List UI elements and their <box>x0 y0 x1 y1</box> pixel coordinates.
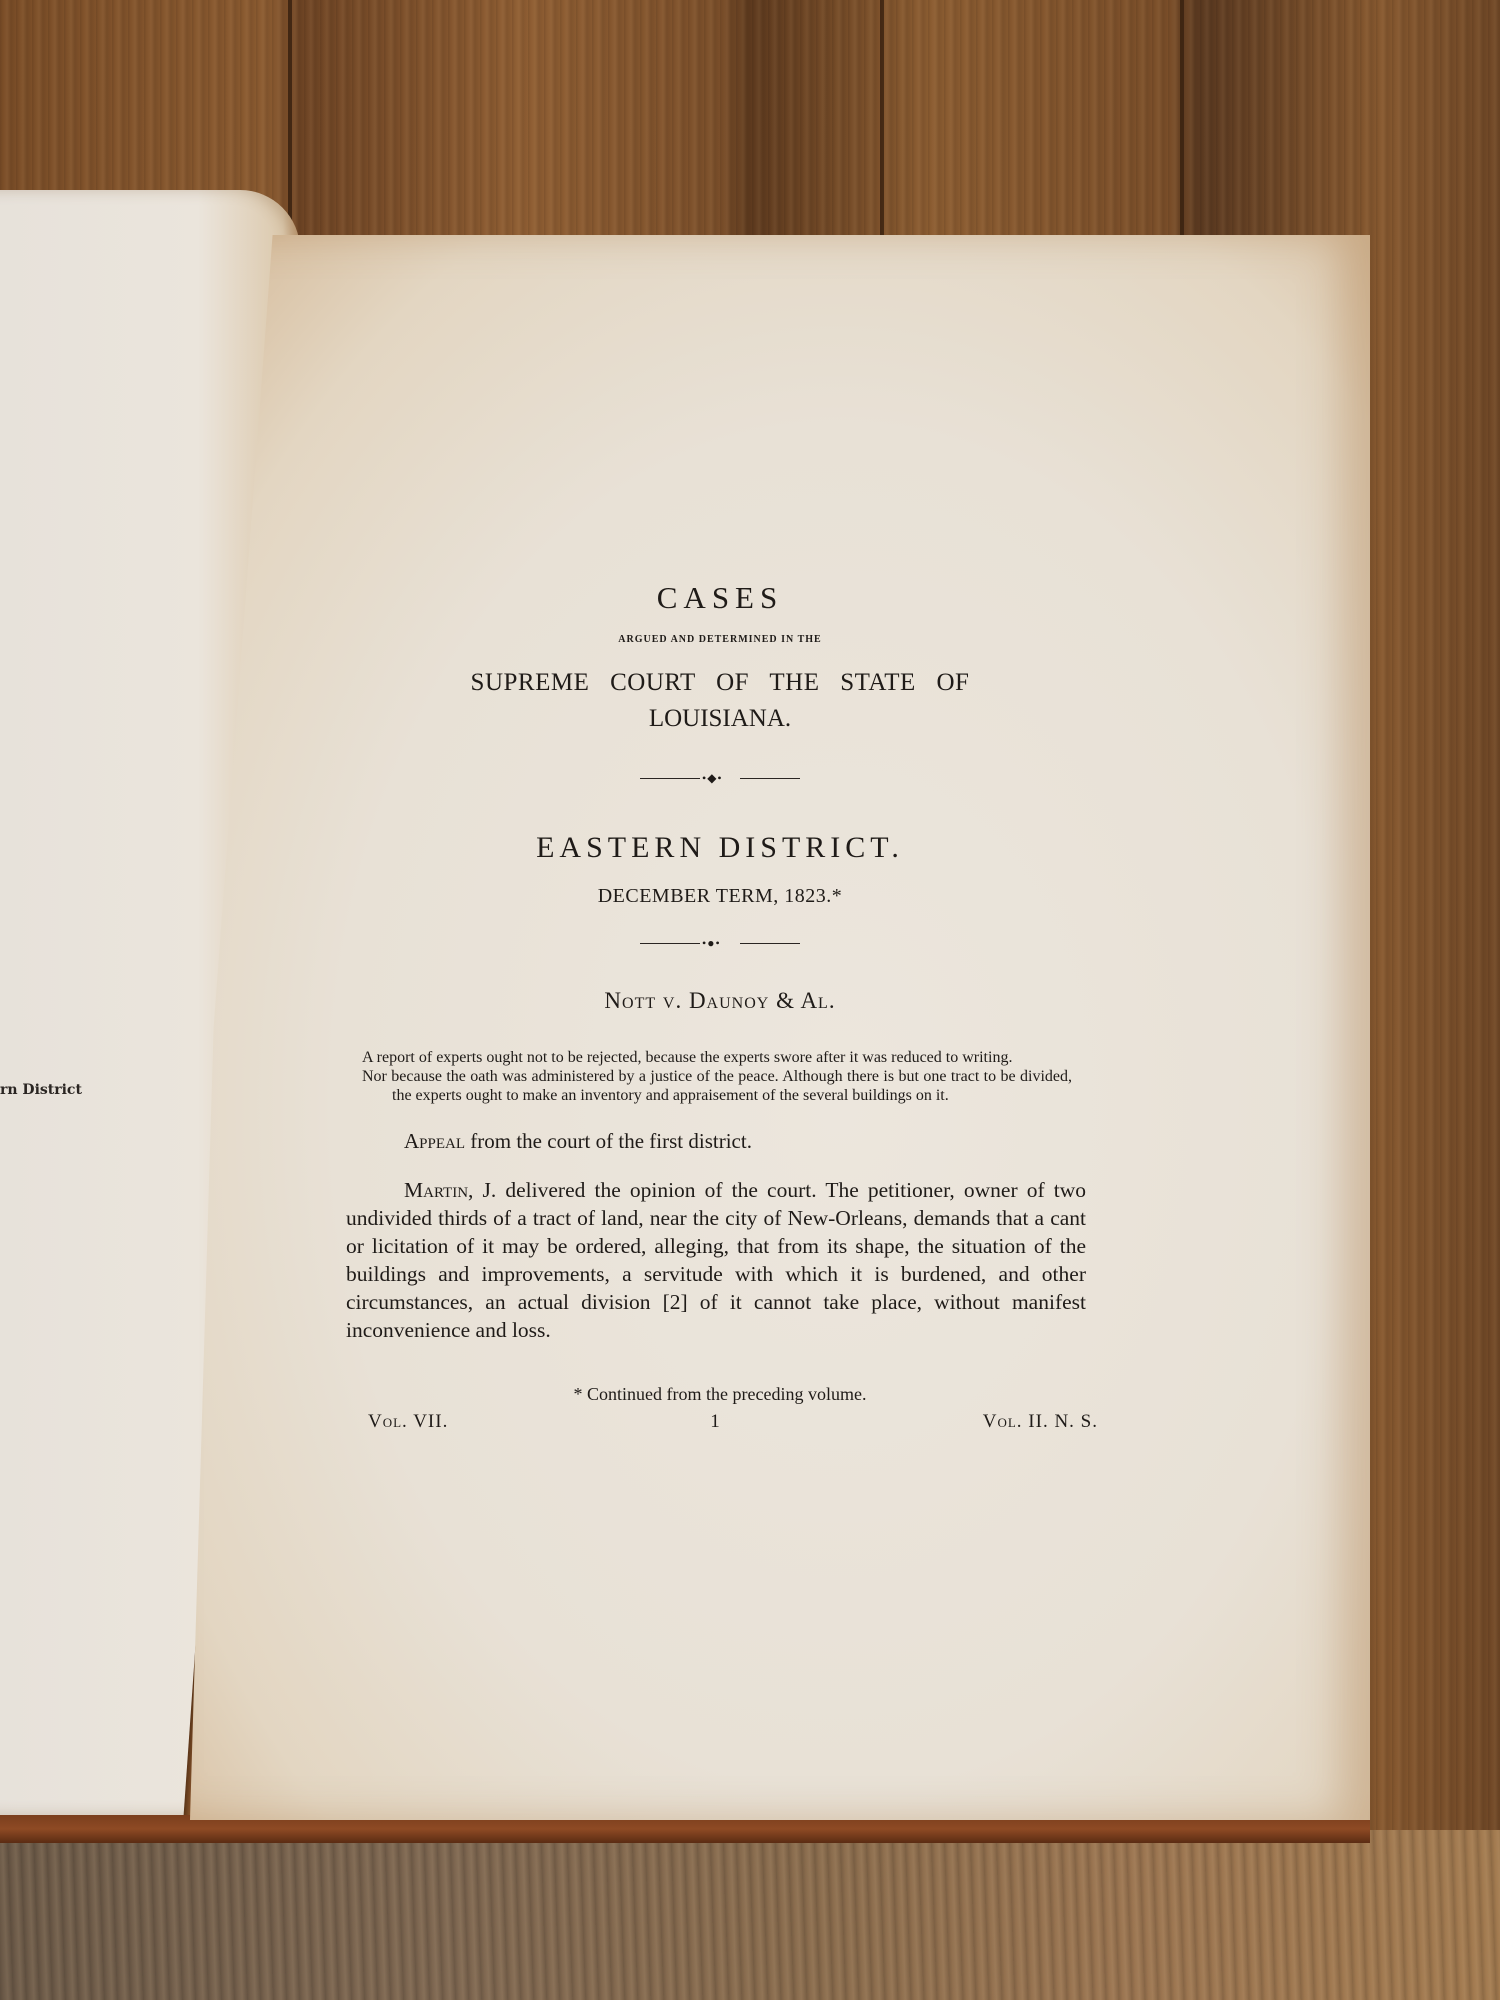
opinion-text: , J. delivered the opinion of the court.… <box>346 1178 1086 1342</box>
divider-rule <box>740 778 800 779</box>
wooden-table-foreground <box>0 1830 1500 2000</box>
footnote: * Continued from the preceding volume. <box>340 1384 1100 1405</box>
footer-volume-right: Vol. II. N. S. <box>983 1411 1098 1433</box>
case-title: Nott v. Daunoy & Al. <box>340 988 1100 1014</box>
divider-rule <box>740 943 800 944</box>
headnotes: A report of experts ought not to be reje… <box>362 1048 1072 1105</box>
divider-rule <box>640 943 700 944</box>
judge-name: Martin <box>404 1178 468 1202</box>
page-title: CASES <box>340 580 1100 616</box>
divider-rule <box>640 778 700 779</box>
ornament-divider: •●• <box>640 940 800 948</box>
footer-volume-left: Vol. VII. <box>368 1411 448 1433</box>
page-subtitle: ARGUED AND DETERMINED IN THE <box>340 634 1100 645</box>
term-heading: DECEMBER TERM, 1823.* <box>340 885 1100 908</box>
page-number: 1 <box>710 1411 721 1433</box>
state-name: LOUISIANA. <box>340 705 1100 733</box>
court-name: SUPREME COURT OF THE STATE OF <box>340 669 1100 697</box>
headnote: Nor because the oath was administered by… <box>362 1067 1072 1105</box>
opinion-paragraph: Martin, J. delivered the opinion of the … <box>346 1176 1086 1344</box>
district-heading: EASTERN DISTRICT. <box>340 831 1100 865</box>
appeal-lead: Appeal <box>404 1129 465 1153</box>
ornament-icon: •◆• <box>702 771 723 786</box>
page-footer: Vol. VII. 1 Vol. II. N. S. <box>368 1411 1098 1433</box>
appeal-text: from the court of the first district. <box>465 1129 752 1153</box>
left-page-running-text: rn District <box>0 1082 82 1098</box>
ornament-divider: •◆• <box>640 775 800 783</box>
ornament-icon: •●• <box>702 936 721 951</box>
headnote: A report of experts ought not to be reje… <box>362 1048 1072 1067</box>
page-content: CASES ARGUED AND DETERMINED IN THE SUPRE… <box>340 560 1100 1433</box>
appeal-line: Appeal from the court of the first distr… <box>404 1129 1100 1154</box>
